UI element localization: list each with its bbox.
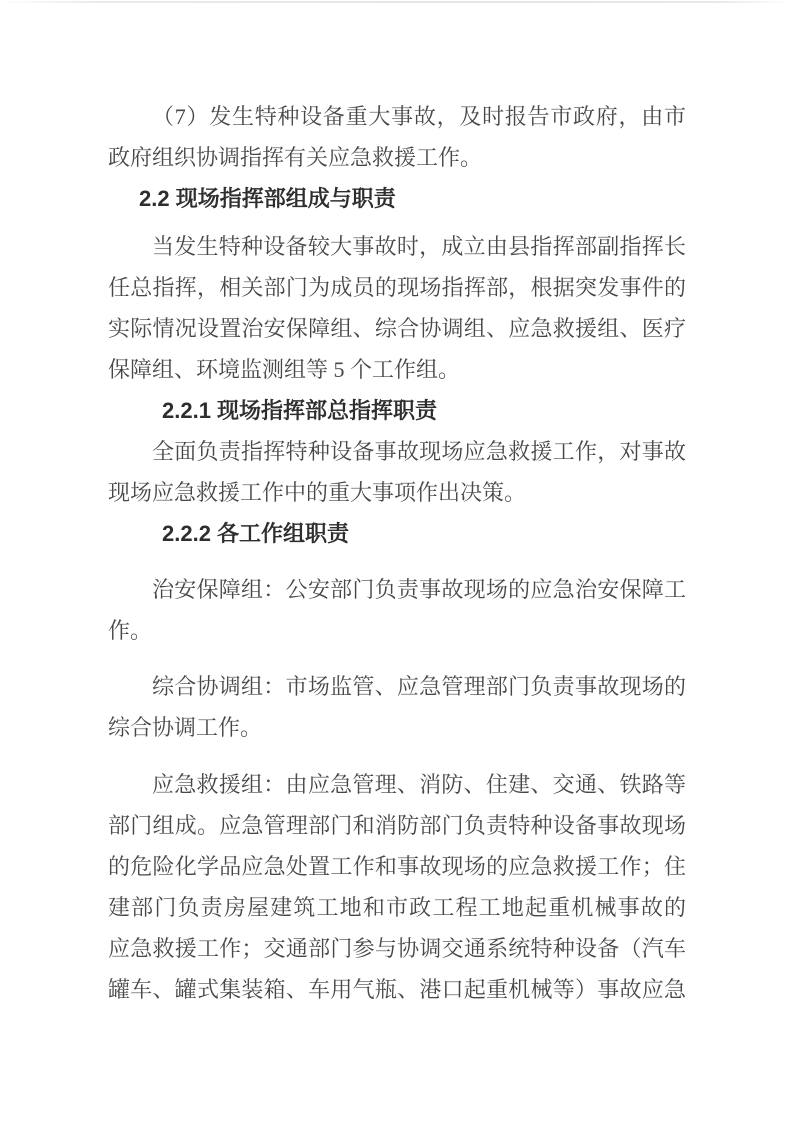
text-line: 治安保障组：公安部门负责事故现场的应急治安保障工 [108,569,686,610]
text-line: 实际情况设置治安保障组、综合协调组、应急救援组、医疗 [108,308,686,349]
paragraph-coordination-group: 综合协调组：市场监管、应急管理部门负责事故现场的 综合协调工作。 [108,666,686,748]
text-line: 任总指挥，相关部门为成员的现场指挥部，根据突发事件的 [108,267,686,308]
text-line: 罐车、罐式集装箱、车用气瓶、港口起重机械等）事故应急 [108,969,686,1010]
text-line: 保障组、环境监测组等 5 个工作组。 [108,349,686,390]
paragraph-rescue-group: 应急救援组：由应急管理、消防、住建、交通、铁路等 部门组成。应急管理部门和消防部… [108,764,686,1010]
heading-2-2-1: 2.2.1 现场指挥部总指挥职责 [108,390,686,431]
paragraph-security-group: 治安保障组：公安部门负责事故现场的应急治安保障工 作。 [108,569,686,651]
text-line: 的危险化学品应急处置工作和事故现场的应急救援工作；住 [108,846,686,887]
paragraph-chief-commander-duty: 全面负责指挥特种设备事故现场应急救援工作，对事故 现场应急救援工作中的重大事项作… [108,431,686,513]
text-line: 综合协调组：市场监管、应急管理部门负责事故现场的 [108,666,686,707]
text-line: 部门组成。应急管理部门和消防部门负责特种设备事故现场 [108,805,686,846]
text-line: 当发生特种设备较大事故时，成立由县指挥部副指挥长 [108,226,686,267]
text-line: 作。 [108,610,686,651]
document-content: （7）发生特种设备重大事故，及时报告市政府，由市 政府组织协调指挥有关应急救援工… [108,96,686,1010]
scan-top-edge [0,1,793,3]
text-line: 建部门负责房屋建筑工地和市政工程工地起重机械事故的 [108,887,686,928]
heading-2-2-2: 2.2.2 各工作组职责 [108,513,686,554]
text-line: 应急救援工作；交通部门参与协调交通系统特种设备（汽车 [108,928,686,969]
paragraph-field-command-setup: 当发生特种设备较大事故时，成立由县指挥部副指挥长 任总指挥，相关部门为成员的现场… [108,226,686,390]
paragraph-report-to-city: （7）发生特种设备重大事故，及时报告市政府，由市 政府组织协调指挥有关应急救援工… [108,96,686,178]
text-line: 全面负责指挥特种设备事故现场应急救援工作，对事故 [108,431,686,472]
text-line: （7）发生特种设备重大事故，及时报告市政府，由市 [108,96,686,137]
text-line: 政府组织协调指挥有关应急救援工作。 [108,137,686,178]
text-line: 综合协调工作。 [108,707,686,748]
document-page: （7）发生特种设备重大事故，及时报告市政府，由市 政府组织协调指挥有关应急救援工… [0,0,793,1122]
text-line: 应急救援组：由应急管理、消防、住建、交通、铁路等 [108,764,686,805]
text-line: 现场应急救援工作中的重大事项作出决策。 [108,472,686,513]
heading-2-2: 2.2 现场指挥部组成与职责 [108,178,686,219]
